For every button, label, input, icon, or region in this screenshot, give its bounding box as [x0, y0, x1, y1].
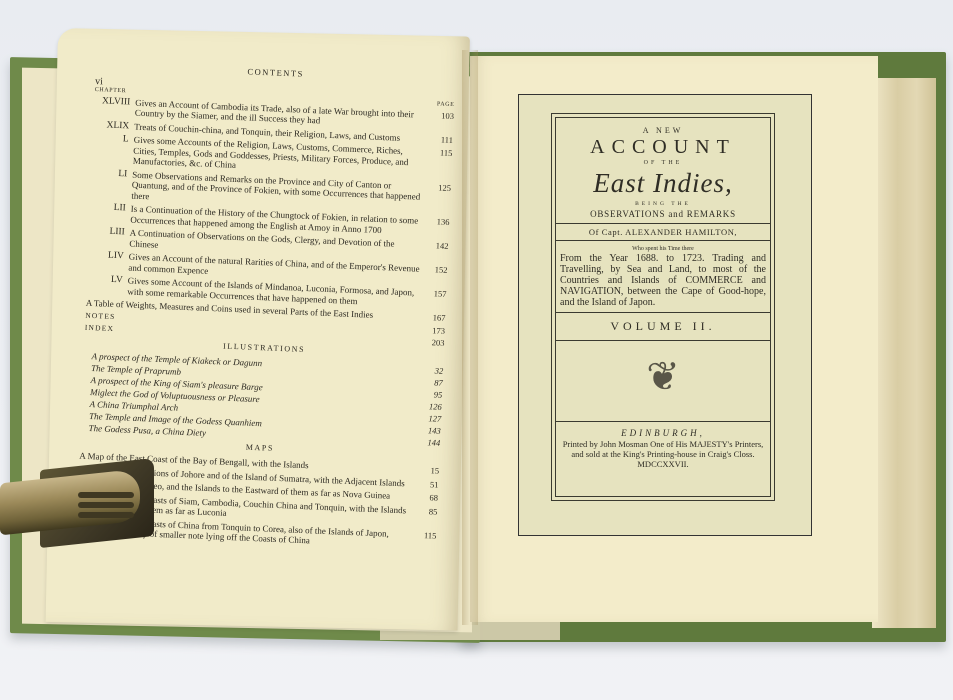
imprint-city: EDINBURGH,: [556, 428, 770, 438]
open-book-photo: CONTENTS vi CHAPTER PAGE XLVIIIGives an …: [0, 0, 953, 700]
chapter-page: 125: [424, 181, 451, 214]
title-line-account: ACCOUNT: [556, 136, 770, 159]
map-page: 68: [412, 492, 438, 504]
clip-finger: [78, 492, 134, 498]
floral-ornament-icon: ❦: [556, 341, 770, 422]
chapter-number: LII: [89, 202, 131, 225]
clip-finger: [78, 512, 134, 518]
title-line-east-indies: East Indies,: [556, 168, 770, 199]
page-col-label: PAGE: [437, 99, 455, 110]
book-gutter: [462, 50, 478, 625]
chapter-page: 142: [422, 240, 449, 262]
title-description: From the Year 1688. to 1723. Trading and…: [556, 252, 770, 313]
illustration-page: 144: [414, 437, 440, 449]
illustration-page: 126: [416, 401, 442, 413]
chapter-number: LV: [86, 274, 128, 297]
map-page: 51: [412, 478, 438, 490]
page-block-edge: [872, 78, 936, 628]
illustration-page: 127: [415, 413, 441, 425]
title-line-observations: OBSERVATIONS and REMARKS: [556, 209, 770, 224]
chapter-page: 157: [420, 288, 447, 310]
chapter-page: 115: [425, 147, 452, 180]
title-page-frame: A NEW ACCOUNT OF THE East Indies, BEING …: [555, 117, 771, 497]
chapter-number: L: [92, 133, 134, 166]
chapter-number: XLIX: [93, 119, 134, 131]
clip-finger: [78, 502, 134, 508]
chapter-number: LIII: [88, 226, 130, 249]
illustration-page: 95: [416, 389, 442, 401]
chapter-number: LI: [90, 167, 132, 200]
title-line-author: Of Capt. ALEXANDER HAMILTON,: [556, 224, 770, 241]
title-line-being-the: BEING THE: [556, 201, 770, 207]
chapter-page: 103: [427, 109, 454, 131]
title-page-facsimile: A NEW ACCOUNT OF THE East Indies, BEING …: [518, 94, 812, 536]
backmatter-page: 167: [419, 312, 445, 324]
title-line-of-the: OF THE: [556, 160, 770, 166]
chapter-page: 111: [427, 133, 453, 145]
map-page: 85: [411, 505, 438, 527]
illustration-page: 32: [417, 365, 443, 377]
map-page: 115: [410, 529, 437, 551]
chapter-page: 152: [421, 264, 448, 286]
imprint-text: Printed by John Mosman One of His MAJEST…: [556, 438, 770, 470]
illustration-page: 143: [415, 425, 441, 437]
chapter-number: XLVIII: [94, 95, 136, 118]
chapter-number: LIV: [87, 250, 129, 273]
backmatter-page: 203: [418, 337, 444, 349]
title-line-a-new: A NEW: [556, 126, 770, 135]
brass-hand-clip: [0, 462, 156, 548]
backmatter-page: 173: [419, 324, 445, 336]
chapter-page: 136: [423, 216, 450, 238]
illustration-page: 87: [417, 377, 443, 389]
volume-label: VOLUME II.: [556, 313, 770, 341]
map-page: 15: [413, 465, 439, 477]
